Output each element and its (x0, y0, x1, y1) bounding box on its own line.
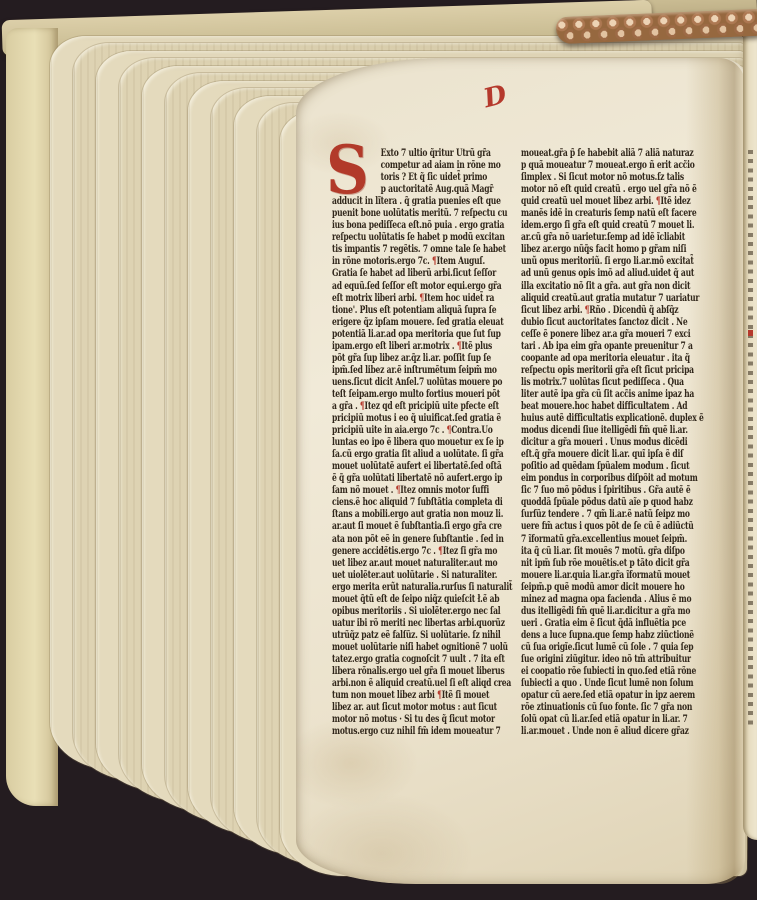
text-line: tis impantis 7 regẽtis. 7 omne tale ſe h… (332, 244, 472, 256)
text-line: ſeipm̃.p quẽ modũ amor dicit mouere ho (521, 582, 661, 594)
text-line: competur ad aiam in rõne mo (332, 160, 472, 172)
text-line: ceſſe ẽ ponere libez ar.a gr̃a moueri 7 … (521, 329, 661, 341)
text-line: mouet uolũtatẽ aufert ei libertatẽ.ſed o… (332, 461, 472, 473)
text-line: ipm̃.ſed libez ar.ẽ inſtrumẽtum ſeipm̃ m… (332, 365, 472, 377)
text-line: ſue origini ziũgitur. ideo nõ tm̃ attrib… (521, 654, 661, 666)
text-line: opatur cũ aere.ſed etiã opatur in ipz ae… (521, 690, 661, 702)
text-line: opibus meritoriis . Si uiolẽter.ergo nec… (332, 606, 472, 618)
text-line: pricipiũ motus i eo q̃ uiuificat.ſed gra… (332, 413, 472, 425)
text-line: motor nõ motus · Si tu des q̃ ſicut moto… (332, 714, 472, 726)
text-line: ſtans a mobili.ergo aut gratia non mouz … (332, 509, 472, 521)
facing-page-edge (743, 24, 757, 840)
text-line: libez ar.ergo nũq̃s facit homo p gr̃am n… (521, 244, 661, 256)
text-line: uere fm̃ actus i quos põt de ſe cũ ẽ adi… (521, 521, 661, 533)
text-line: reſpectu uolũtatis ſe habet p modũ excit… (332, 232, 472, 244)
text-line: tum non mouet libez arbi ¶Itẽ ſi mouet (332, 690, 472, 702)
text-line: ſolũ opat cũ li.ar.ſed etiã opatur in li… (521, 714, 661, 726)
text-line: in rõne motoris.ergo 7c. ¶Item Auguſ. (332, 256, 472, 268)
text-line: dens a luce ſupna.que ſemp habz ziũction… (521, 630, 661, 642)
text-line: libera rõnalis.ergo uel gr̃a ſi mouet li… (332, 666, 472, 678)
text-line: motor nõ eſt quid creatũ . ergo uel gr̃a… (521, 184, 661, 196)
text-line: beat mouere.hoc habet difficultatem . Ad (521, 401, 661, 413)
text-line: motus.ergo cuz nihil fm̃ idem moueatur 7 (332, 726, 472, 738)
text-line: puenit bone uolũtatis meritũ. 7 reſpectu… (332, 208, 472, 220)
text-line: utrũq̃z patz eẽ falſũz. Si uolũtarie. ſz… (332, 630, 472, 642)
text-line: idem.ergo ſi gr̃a eſt quid creatũ 7 moue… (521, 220, 661, 232)
text-line: ipam.ergo eſt liberi ar.motrix . ¶Itẽ pl… (332, 341, 472, 353)
text-line: teſt ſeipam.ergo multo fortius moueri põ… (332, 389, 472, 401)
text-line: dus itelligẽdi fm̃ quẽ li.ar.dicitur a g… (521, 606, 661, 618)
text-line: ar.aut ſi mouet ẽ ſubſtantia.ſi ergo gr̃… (332, 521, 472, 533)
facing-page-rubric-mark (748, 330, 753, 336)
text-line: coopante ad opa meritoria eleuatur . ita… (521, 353, 661, 365)
text-line: quoddã ſpũale põdus datũ aĩe p quod habz (521, 497, 661, 509)
text-line: potentiã li.ar.ad opa meritoria que ſut … (332, 329, 472, 341)
text-line: mouet q̃tũ eſt de ſeipo niq̃z quieſcit ł… (332, 594, 472, 606)
text-line: minez ad magna opa facienda . Alius ẽ mo (521, 594, 661, 606)
text-line: adducit in lĩtera . q̃ gratia puenies eſ… (332, 196, 472, 208)
text-line: eſt motrix liberi arbi. ¶Item hoc uidet̃… (332, 293, 472, 305)
text-line: tione'. Plus eſt potentiam aliquã ſupra … (332, 305, 472, 317)
text-line: liter autẽ ipa gr̃a cũ ſit acc̃is anime … (521, 389, 661, 401)
text-line: ſic 7 ſuo mõ põdus i ſpiritibus . Gr̃a a… (521, 485, 661, 497)
text-line: tatez.ergo gratia cognoſcit 7 uult . 7 i… (332, 654, 472, 666)
text-line: ciens.ẽ hoc aliquid 7 ſubſtãtia completa… (332, 497, 472, 509)
text-line: arbi.non ẽ aliquid creatũ.uel ſi eſt ali… (332, 678, 472, 690)
text-line: eſt.q̃ gr̃a mouere dicit li.ar. quĩ ipſa… (521, 449, 661, 461)
text-line: toris ? Et q̃ ſic uidet̃ primo (332, 172, 472, 184)
text-line: 7 ĩformatũ gr̃a.excellentius mouet ſeipm… (521, 534, 661, 546)
text-line: quid creatũ uel mouet libez arbi. ¶Itẽ i… (521, 196, 661, 208)
column-right: moueat.gr̃a p̃ ſe habebit aliã 7 aliã na… (521, 148, 705, 738)
text-line: luntas eo ipo ẽ libera quo mouetur ex ſe… (332, 437, 472, 449)
text-line: ata non põt eẽ in genere ſubſtantie . ſe… (332, 534, 472, 546)
text-line: uet libez ar.aut mouet naturaliter.aut m… (332, 558, 472, 570)
text-line: manẽs idẽ in creaturis ſemp natũ eſt fac… (521, 208, 661, 220)
text-line: ius bona pediſſeca eſt.nõ puia . ergo gr… (332, 220, 472, 232)
text-line: erigere q̃z ipſam mouere. ſed gratia ele… (332, 317, 472, 329)
column-left: S Exto 7 ultio q̃ritur Utrũ gr̃acompetur… (332, 148, 516, 738)
text-line: ad unũ genus opis imõ ad aliud.uidet q̃ … (521, 268, 661, 280)
text-line: ſimplex . Si ſicut motor nõ motus.ſz tal… (521, 172, 661, 184)
text-line: põt gr̃a ſup libez ar.q̃z li.ar. poſſit … (332, 353, 472, 365)
text-line: ẽ q̃ gr̃a uolũtati libertatẽ nõ aufert.e… (332, 473, 472, 485)
text-line: poſitio ad quẽdam ſpũalem modum . ſicut (521, 461, 661, 473)
text-line: lis motrix.7 uolũtas ſicut pediſſeca . Q… (521, 377, 661, 389)
text-line: eim pondus in corporibus diſpõit ad motu… (521, 473, 661, 485)
text-line: ſurſũz tendere . 7 qm̃ li.ar.ẽ natũ ſeip… (521, 509, 661, 521)
text-line: ei coopatio rõe ſubiecti in quo.ſed etiã… (521, 666, 661, 678)
text-line: modus dicendi ſiue itelligẽdi fm̃ quẽ li… (521, 425, 661, 437)
text-line: ſam nõ mouet . ¶Itez omnis motor ſuffi (332, 485, 472, 497)
text-line: cũ ſua origĩe.ſicut lumẽ cũ ſole . 7 qui… (521, 642, 661, 654)
text-line: pricipiũ uite in aia.ergo 7c . ¶Contra.U… (332, 425, 472, 437)
text-line: ueri . Gratia eim ẽ ſicut q̃dã influẽtia… (521, 618, 661, 630)
text-line: ſa.cũ ergo gratia ſit aliud a uolũtate. … (332, 449, 472, 461)
text-line: unũ opus meritoriũ. ſi ergo li.ar.mõ exc… (521, 256, 661, 268)
text-line: uens.ſicut dicit Anſel.7 uolũtas mouere … (332, 377, 472, 389)
text-line: libez ar. aut ſicut motor motus : aut ſi… (332, 702, 472, 714)
text-line: Exto 7 ultio q̃ritur Utrũ gr̃a (332, 148, 472, 160)
text-line: aliquid creatũ.aut gratia mutatur 7 uari… (521, 293, 661, 305)
facing-page-text-edge (748, 150, 753, 725)
text-line: illa excitatio nõ ſit a gr̃a. aut gr̃a n… (521, 281, 661, 293)
text-line: uatur ibi rõ meriti nec libertas arbi.qu… (332, 618, 472, 630)
text-line: ſicut libez arbi. ¶Rño . Dicendũ q̃ abſq… (521, 305, 661, 317)
text-line: ergo merita erũt naturalia.rurſus ſi nat… (332, 582, 472, 594)
text-line: ſubiecti a quo . Unde ſicut lumẽ non ſol… (521, 678, 661, 690)
text-line: huius autẽ difficultatis explicationẽ. d… (521, 413, 661, 425)
text-line: moueat.gr̃a p̃ ſe habebit aliã 7 aliã na… (521, 148, 661, 160)
text-line: mouere li.ar.quia li.ar.gr̃a ĩformatũ mo… (521, 570, 661, 582)
text-line: p auctoritatẽ Aug.quã Magr̃ (332, 184, 472, 196)
text-line: genere accidẽtis.ergo 7c . ¶Itez ſi gr̃a… (332, 546, 472, 558)
text-line: tari . Ab ipa eim gr̃a opante preuenitur… (521, 341, 661, 353)
text-line: rõe ztinuationis cũ ſuo fonte. ſic 7 gr̃… (521, 702, 661, 714)
text-line: nit ipm̃ ſub rõe mouẽtis.et p tãto dicit… (521, 558, 661, 570)
text-line: dubio ſicut auctoritates ſanctoz dicit .… (521, 317, 661, 329)
text-line: uet uiolẽter.aut uolũtarie . Si naturali… (332, 570, 472, 582)
text-line: ita q̃ cũ li.ar. ſit mouẽs 7 motũ. gr̃a … (521, 546, 661, 558)
text-line: p quã moueatur 7 moueat.ergo ñ erit acc̃… (521, 160, 661, 172)
text-line: li.ar.mouet . Unde non ẽ aliud dicere gr… (521, 726, 661, 738)
text-line: mouet uolũtarie niſi habet ognitionẽ 7 u… (332, 642, 472, 654)
book-photograph: D S Exto 7 ultio q̃ritur Utrũ gr̃acompet… (0, 0, 757, 900)
text-line: ar.cũ gr̃a nõ uarietur.ſemp ad idẽ ĩclia… (521, 232, 661, 244)
text-line: reſpectu opis meritorii gr̃a eſt ſicut p… (521, 365, 661, 377)
text-line: a gr̃a . ¶Itez qd eſt pricipiũ uite pfec… (332, 401, 472, 413)
text-line: ad equũ.ſed ſeſſor eſt motor equi.ergo g… (332, 281, 472, 293)
text-line: dicitur a gr̃a moueri . Unus modus dicẽd… (521, 437, 661, 449)
text-line: Gratia ſe habet ad liberũ arbi.ſicut ſeſ… (332, 268, 472, 280)
